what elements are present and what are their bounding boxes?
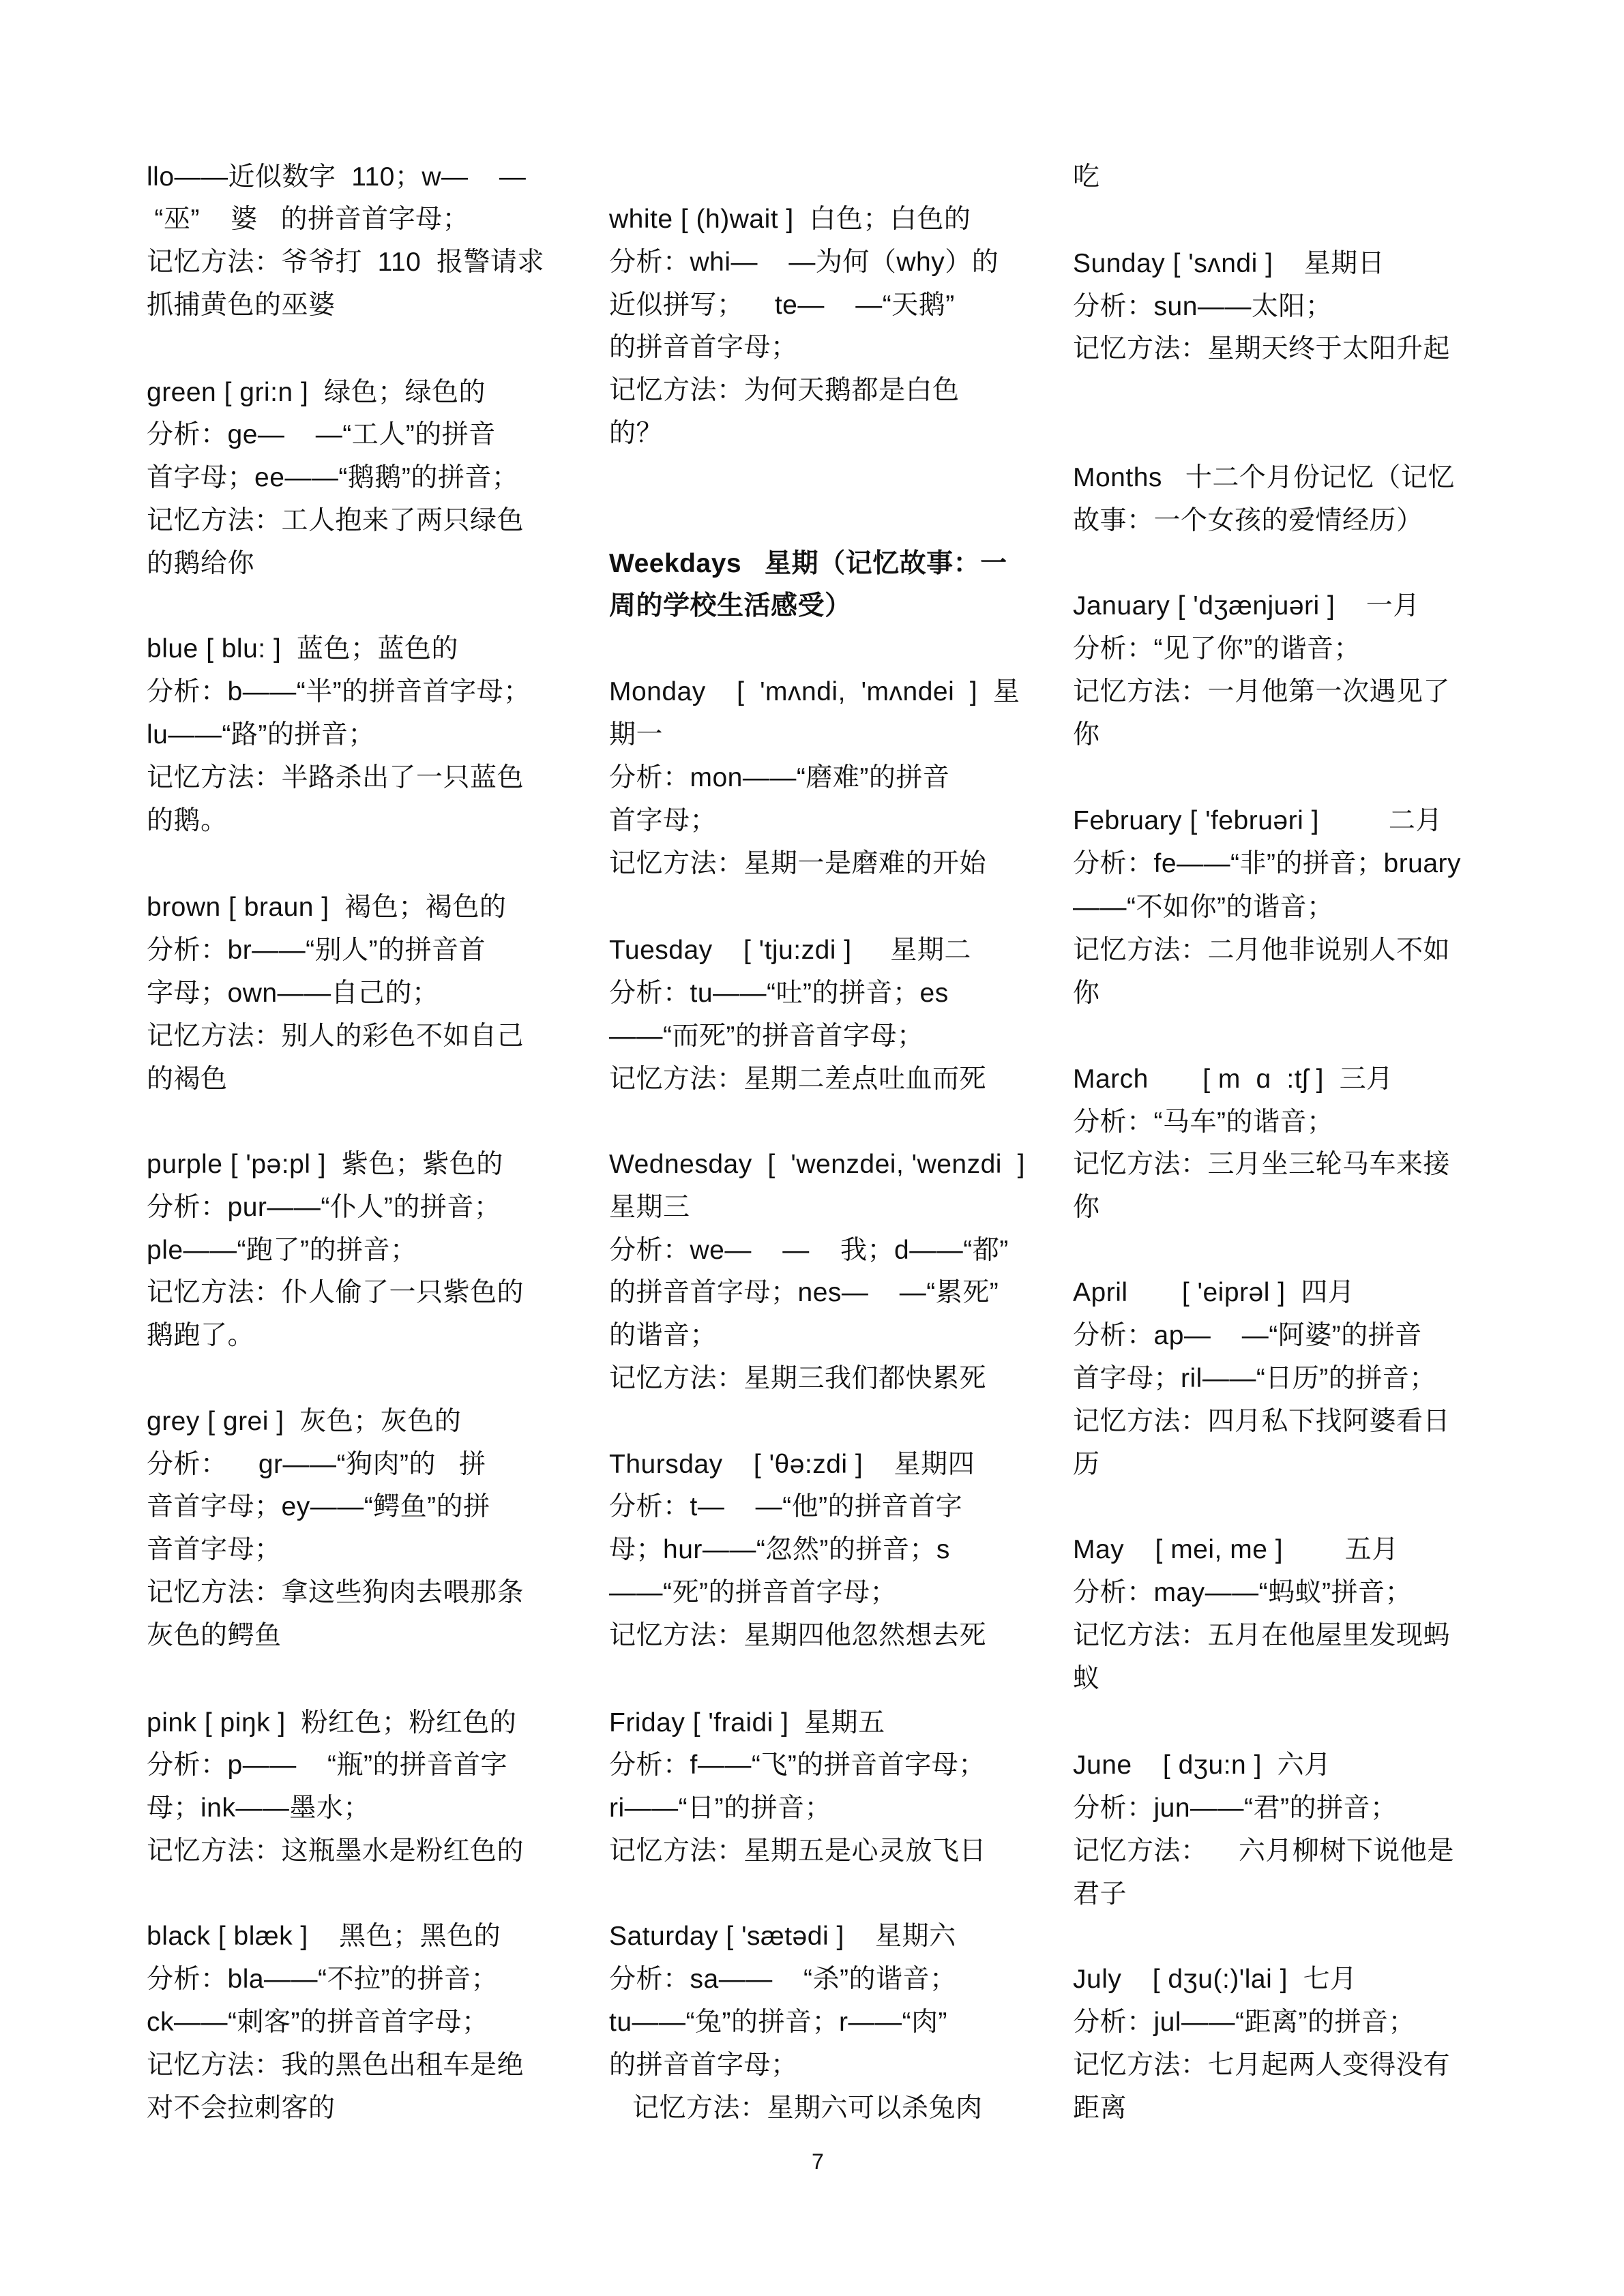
column-left: llo——近似数字 110；w— — “巫” 婆 的拼音首字母；记忆方法：爷爷打… [147,0,570,2296]
text-line: 星期三 [609,1187,690,1229]
text-line: 记忆方法：星期三我们都快累死 [609,1358,986,1400]
text-line: blue [ blu: ] 蓝色；蓝色的 [147,628,458,670]
text-line: 分析：f——“飞”的拼音首字母； [609,1744,986,1787]
text-line: 分析：whi— —为何（why）的 [609,241,999,284]
text-line: 分析：ge— —“工人”的拼音 [147,414,496,456]
text-line: 分析：jul——“距离”的拼音； [1073,2001,1415,2044]
text-line: 记忆方法：仆人偷了一只紫色的 [147,1272,524,1314]
text-line: 故事：一个女孩的爱情经历） [1073,500,1423,542]
text-line: 记忆方法：这瓶墨水是粉红色的 [147,1830,524,1873]
text-line: 分析：fe——“非”的拼音；bruary [1073,843,1461,885]
text-line: 记忆方法：拿这些狗肉去喂那条 [147,1572,524,1614]
text-line: Months 十二个月份记忆（记忆 [1073,457,1455,499]
text-line: 分析：br——“别人”的拼音首 [147,929,486,972]
text-line: 鹅跑了。 [147,1315,254,1357]
text-line: 音首字母；ey——“鳄鱼”的拼 [147,1486,490,1528]
text-line: 分析：pur——“仆人”的拼音； [147,1187,501,1229]
text-line: 记忆方法：三月坐三轮马车来接 [1073,1144,1450,1186]
text-line: 抓捕黄色的巫婆 [147,284,336,327]
text-line: 的谐音； [609,1315,717,1357]
text-line: 对不会拉刺客的 [147,2087,336,2130]
text-line: brown [ braun ] 褐色；褐色的 [147,886,506,929]
text-line: 首字母；ee——“鹅鹅”的拼音； [147,457,518,499]
text-line: 分析： gr——“狗肉”的 拼 [147,1444,486,1486]
text-line: 记忆方法：我的黑色出租车是绝 [147,2044,524,2087]
text-line: 分析：t— —“他”的拼音首字 [609,1486,962,1528]
text-line: 分析：tu——“吐”的拼音；es [609,972,949,1015]
text-line: 记忆方法：星期四他忽然想去死 [609,1615,986,1657]
column-middle: white [ (h)wait ] 白色；白色的分析：whi— —为何（why）… [609,0,1032,2296]
text-line: 分析：may——“蚂蚁”拼音； [1073,1572,1412,1614]
text-line: 分析：ap— —“阿婆”的拼音 [1073,1315,1422,1357]
text-line: Weekdays 星期（记忆故事：一 [609,543,1007,585]
text-line: 母；hur——“忽然”的拼音；s [609,1529,950,1571]
text-line: 距离 [1073,2087,1127,2130]
text-line: 分析：jun——“君”的拼音； [1073,1787,1398,1830]
text-line: 的拼音首字母； [609,2044,798,2087]
text-line: 你 [1073,1187,1100,1229]
text-line: 期一 [609,714,663,756]
text-line: Wednesday [ 'wenzdei, 'wenzdi ] [609,1144,1025,1186]
text-line: Sunday [ 'sʌndi ] 星期日 [1073,243,1385,285]
text-line: 首字母；ril——“日历”的拼音； [1073,1358,1436,1400]
text-line: 记忆方法：星期二差点吐血而死 [609,1058,986,1101]
text-line: ——“而死”的拼音首字母； [609,1015,924,1058]
text-line: 历 [1073,1444,1100,1486]
text-line: black [ blæk ] 黑色；黑色的 [147,1915,501,1958]
text-line: tu——“兔”的拼音；r——“肉” [609,2001,947,2044]
text-line: 记忆方法：四月私下找阿婆看日 [1073,1401,1450,1443]
text-line: llo——近似数字 110；w— — [147,156,526,198]
text-line: 记忆方法：半路杀出了一只蓝色 [147,757,524,799]
text-line: 记忆方法：五月在他屋里发现蚂 [1073,1615,1450,1657]
text-line: 记忆方法：一月他第一次遇见了 [1073,671,1450,713]
text-line: 分析：bla——“不拉”的拼音； [147,1958,498,2001]
text-line: 的拼音首字母；nes— —“累死” [609,1272,999,1314]
text-line: 记忆方法：星期六可以杀兔肉 [609,2087,983,2130]
text-line: white [ (h)wait ] 白色；白色的 [609,198,971,241]
text-line: purple [ 'pə:pl ] 紫色；紫色的 [147,1144,503,1186]
text-line: 的？ [609,413,663,455]
text-line: 的拼音首字母； [609,327,798,369]
text-line: 分析：“马车”的谐音； [1073,1101,1333,1144]
text-line: 记忆方法：星期五是心灵放飞日 [609,1830,986,1873]
text-line: 音首字母； [147,1529,282,1571]
text-line: green [ gri:n ] 绿色；绿色的 [147,372,486,414]
text-line: ck——“刺客”的拼音首字母； [147,2001,488,2044]
text-line: June [ dʒu:n ] 六月 [1073,1744,1331,1787]
text-line: lu——“路”的拼音； [147,714,375,756]
text-line: 记忆方法：为何天鹅都是白色 [609,370,960,412]
text-line: Saturday [ 'sætədi ] 星期六 [609,1915,956,1958]
text-line: 蚁 [1073,1658,1100,1700]
text-line: Monday [ 'mʌndi, 'mʌndei ] 星 [609,671,1020,713]
text-line: 近似拼写； te— —“天鹅” [609,284,955,327]
text-line: 君子 [1073,1873,1127,1915]
text-line: grey [ grei ] 灰色；灰色的 [147,1401,461,1443]
text-line: Thursday [ 'θə:zdi ] 星期四 [609,1444,975,1486]
text-line: 分析：b——“半”的拼音首字母； [147,671,531,713]
text-line: 的鹅。 [147,800,228,842]
text-line: 记忆方法：七月起两人变得没有 [1073,2044,1450,2087]
text-line: pink [ piŋk ] 粉红色；粉红色的 [147,1702,516,1744]
text-line: 分析：p—— “瓶”的拼音首字 [147,1744,507,1787]
text-line: 记忆方法：二月他非说别人不如 [1073,929,1450,972]
text-line: 分析：“见了你”的谐音； [1073,628,1361,670]
text-line: January [ 'dʒænjuəri ] 一月 [1073,585,1420,627]
text-line: Tuesday [ 'tju:zdi ] 星期二 [609,929,971,972]
text-line: 分析：mon——“磨难”的拼音 [609,757,949,799]
page-number: 7 [812,2148,824,2175]
text-line: 记忆方法：别人的彩色不如自己 [147,1015,524,1058]
text-line: July [ dʒu(:)'lai ] 七月 [1073,1958,1357,2001]
text-line: 首字母； [609,800,717,842]
text-line: 分析：sun——太阳； [1073,286,1332,328]
text-line: 分析：sa—— “杀”的谐音； [609,1958,957,2001]
text-line: 记忆方法：星期一是磨难的开始 [609,843,986,885]
text-line: 分析：we— — 我；d——“都” [609,1229,1009,1272]
text-line: May [ mei, me ] 五月 [1073,1529,1399,1571]
text-line: ——“死”的拼音首字母； [609,1572,897,1614]
text-line: 的鹅给你 [147,543,254,585]
text-line: 记忆方法：工人抱来了两只绿色 [147,500,524,542]
text-line: 吃 [1073,156,1100,198]
document-page: llo——近似数字 110；w— — “巫” 婆 的拼音首字母；记忆方法：爷爷打… [0,0,1624,2296]
text-line: ri——“日”的拼音； [609,1787,831,1830]
text-line: 记忆方法：爷爷打 110 报警请求 [147,241,544,284]
text-line: Friday [ 'fraidi ] 星期五 [609,1702,885,1744]
text-line: March [ m ɑ :tʃ ] 三月 [1073,1058,1393,1101]
text-line: 你 [1073,714,1100,756]
text-line: 字母；own——自己的； [147,972,439,1015]
text-line: February [ 'februəri ] 二月 [1073,800,1443,842]
text-line: 你 [1073,972,1100,1015]
text-line: ple——“跑了”的拼音； [147,1229,417,1272]
text-line: 记忆方法：星期天终于太阳升起 [1073,328,1450,370]
text-line: 的褐色 [147,1058,228,1101]
column-right: 吃Sunday [ 'sʌndi ] 星期日分析：sun——太阳；记忆方法：星期… [1073,0,1496,2296]
text-line: 灰色的鳄鱼 [147,1615,282,1657]
text-line: “巫” 婆 的拼音首字母； [147,198,469,241]
text-line: 周的学校生活感受） [609,585,852,627]
text-line: April [ 'eiprəl ] 四月 [1073,1272,1355,1314]
text-line: ——“不如你”的谐音； [1073,886,1333,929]
text-line: 记忆方法： 六月柳树下说他是 [1073,1830,1454,1873]
text-line: 母；ink——墨水； [147,1787,370,1830]
